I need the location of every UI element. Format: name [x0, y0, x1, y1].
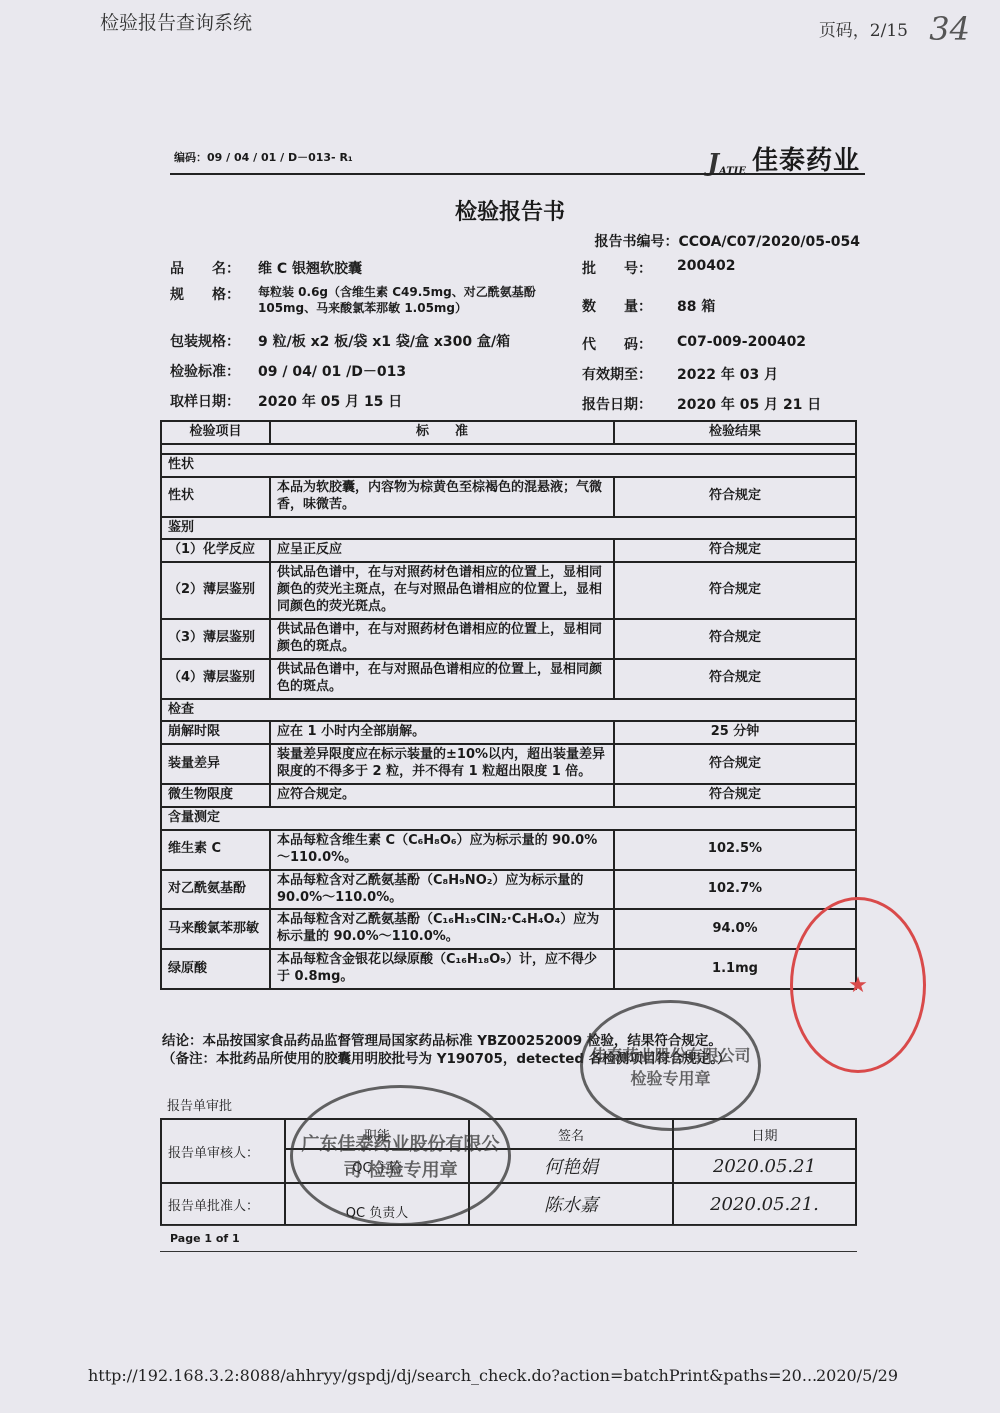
info-value: C07-009-200402: [677, 334, 806, 354]
footer-url: http://192.168.3.2:8088/ahhryy/gspdj/dj/…: [88, 1366, 817, 1385]
info-field: 报告日期：2020 年 05 月 21 日: [582, 394, 821, 414]
item-cell: 绿原酸: [161, 949, 270, 989]
info-label: 数 量：: [582, 296, 677, 316]
result-cell: 符合规定: [614, 784, 856, 807]
seal-text: 广东佳泰药业股份有限公司 检验专用章: [293, 1130, 508, 1182]
info-field: 有效期至：2022 年 03 月: [582, 364, 778, 384]
info-field: 批 号：200402: [582, 258, 735, 278]
company-logo: J ATIE 佳泰药业: [708, 140, 860, 177]
standard-cell: 供试品色谱中，在与对照药材色谱相应的位置上，显相同颜色的荧光主斑点，在与对照品色…: [270, 562, 614, 619]
approval-label-approver: 报告单批准人：: [161, 1183, 285, 1225]
result-cell: 符合规定: [614, 477, 856, 517]
info-field: 数 量：88 箱: [582, 296, 715, 316]
item-cell: 马来酸氯苯那敏: [161, 909, 270, 949]
company-name: 佳泰药业: [752, 140, 860, 177]
handwritten-number: 34: [929, 10, 970, 48]
document-title: 检验报告书: [160, 195, 860, 226]
item-cell: 微生物限度: [161, 784, 270, 807]
section-title: 含量测定: [161, 807, 856, 830]
table-row: （3）薄层鉴别供试品色谱中，在与对照药材色谱相应的位置上，显相同颜色的斑点。符合…: [161, 619, 856, 659]
result-cell: 符合规定: [614, 539, 856, 562]
section-row: 性状: [161, 454, 856, 477]
approver-date: 2020.05.21.: [673, 1183, 856, 1225]
page-counter: 页码，2/15: [819, 16, 908, 41]
info-value: 每粒装 0.6g（含维生素 C49.5mg、对乙酰氨基酚 105mg、马来酸氯苯…: [258, 284, 570, 316]
info-label: 规 格：: [170, 284, 258, 316]
info-label: 包装规格：: [170, 331, 258, 351]
info-value: 2020 年 05 月 21 日: [677, 394, 821, 414]
info-label: 取样日期：: [170, 391, 258, 411]
page-of-label: Page 1 of 1: [170, 1232, 240, 1245]
info-field: 代 码：C07-009-200402: [582, 334, 806, 354]
standard-cell: 本品每粒含维生素 C（C₆H₈O₆）应为标示量的 90.0%～110.0%。: [270, 830, 614, 870]
info-value: 200402: [677, 258, 735, 278]
info-value: 09 / 04/ 01 /D－013: [258, 361, 570, 381]
section-row: 检查: [161, 699, 856, 722]
standard-cell: 本品每粒含金银花以绿原酸（C₁₆H₁₈O₉）计，应不得少于 0.8mg。: [270, 949, 614, 989]
table-row: （4）薄层鉴别供试品色谱中，在与对照品色谱相应的位置上，显相同颜色的斑点。符合规…: [161, 659, 856, 699]
section-title: 检查: [161, 699, 856, 722]
standard-cell: 应符合规定。: [270, 784, 614, 807]
standard-cell: 供试品色谱中，在与对照品色谱相应的位置上，显相同颜色的斑点。: [270, 659, 614, 699]
table-row: 崩解时限应在 1 小时内全部崩解。25 分钟: [161, 721, 856, 744]
result-cell: 符合规定: [614, 619, 856, 659]
results-table: 检验项目 标 准 检验结果 性状性状本品为软胶囊，内容物为棕黄色至棕褐色的混悬液…: [160, 420, 857, 990]
section-row: 含量测定: [161, 807, 856, 830]
header-divider: [170, 173, 865, 175]
info-value: 9 粒/板 x2 板/袋 x1 袋/盒 x300 盒/箱: [258, 331, 570, 351]
spacer-row: [161, 444, 856, 454]
table-row: 绿原酸本品每粒含金银花以绿原酸（C₁₆H₁₈O₉）计，应不得少于 0.8mg。1…: [161, 949, 856, 989]
info-field: 品 名：维 C 银翘软胶囊: [170, 258, 570, 278]
report-number-label: 报告书编号：: [595, 234, 679, 250]
header-result: 检验结果: [614, 421, 856, 444]
standard-cell: 本品每粒含对乙酰氨基酚（C₁₆H₁₉ClN₂·C₄H₄O₄）应为标示量的 90.…: [270, 909, 614, 949]
document-code: 编码：09 / 04 / 01 / D－013- R₁: [174, 149, 353, 165]
company-inspection-seal-icon: 广东佳泰药业股份有限公司 检验专用章: [290, 1085, 511, 1226]
info-value: 88 箱: [677, 296, 715, 316]
item-cell: （2）薄层鉴别: [161, 562, 270, 619]
standard-cell: 应在 1 小时内全部崩解。: [270, 721, 614, 744]
table-header-row: 检验项目 标 准 检验结果: [161, 421, 856, 444]
table-row: （2）薄层鉴别供试品色谱中，在与对照药材色谱相应的位置上，显相同颜色的荧光主斑点…: [161, 562, 856, 619]
standard-cell: 本品为软胶囊，内容物为棕黄色至棕褐色的混悬液；气微香，味微苦。: [270, 477, 614, 517]
info-value: 2020 年 05 月 15 日: [258, 391, 570, 411]
header-standard: 标 准: [270, 421, 614, 444]
info-label: 品 名：: [170, 258, 258, 278]
info-label: 有效期至：: [582, 364, 677, 384]
browser-header-title: 检验报告查询系统: [100, 8, 252, 35]
report-number-value: CCOA/C07/2020/05-054: [679, 234, 861, 250]
result-cell: 102.7%: [614, 870, 856, 910]
item-cell: 性状: [161, 477, 270, 517]
table-row: 性状本品为软胶囊，内容物为棕黄色至棕褐色的混悬液；气微香，味微苦。符合规定: [161, 477, 856, 517]
result-cell: 符合规定: [614, 659, 856, 699]
footer-divider-bottom: [160, 1251, 857, 1252]
section-title: 性状: [161, 454, 856, 477]
item-cell: （3）薄层鉴别: [161, 619, 270, 659]
info-field: 检验标准：09 / 04/ 01 /D－013: [170, 361, 570, 381]
item-cell: 维生素 C: [161, 830, 270, 870]
approver-signature: 陈水嘉: [469, 1183, 673, 1225]
seal-text: 佳泰药业股份有限公司 检验专用章: [583, 1043, 758, 1089]
table-row: （1）化学反应应呈正反应符合规定: [161, 539, 856, 562]
standard-cell: 应呈正反应: [270, 539, 614, 562]
header-item: 检验项目: [161, 421, 270, 444]
table-row: 马来酸氯苯那敏本品每粒含对乙酰氨基酚（C₁₆H₁₉ClN₂·C₄H₄O₄）应为标…: [161, 909, 856, 949]
seal-star-icon: ★: [848, 973, 868, 998]
result-cell: 符合规定: [614, 744, 856, 784]
result-cell: 102.5%: [614, 830, 856, 870]
info-field: 规 格：每粒装 0.6g（含维生素 C49.5mg、对乙酰氨基酚 105mg、马…: [170, 284, 570, 316]
info-label: 报告日期：: [582, 394, 677, 414]
footer-divider: [160, 1225, 857, 1226]
item-cell: （1）化学反应: [161, 539, 270, 562]
result-cell: 符合规定: [614, 562, 856, 619]
standard-cell: 供试品色谱中，在与对照药材色谱相应的位置上，显相同颜色的斑点。: [270, 619, 614, 659]
item-cell: 装量差异: [161, 744, 270, 784]
table-row: 装量差异装量差异限度应在标示装量的±10%以内，超出装量差异限度的不得多于 2 …: [161, 744, 856, 784]
info-label: 批 号：: [582, 258, 677, 278]
result-cell: 25 分钟: [614, 721, 856, 744]
standard-cell: 本品每粒含对乙酰氨基酚（C₈H₉NO₂）应为标示量的 90.0%～110.0%。: [270, 870, 614, 910]
standard-cell: 装量差异限度应在标示装量的±10%以内，超出装量差异限度的不得多于 2 粒，并不…: [270, 744, 614, 784]
report-number: 报告书编号：CCOA/C07/2020/05-054: [595, 231, 861, 251]
section-row: 鉴别: [161, 517, 856, 540]
item-cell: 对乙酰氨基酚: [161, 870, 270, 910]
inspection-seal-icon: 佳泰药业股份有限公司 检验专用章: [580, 1000, 761, 1131]
section-title: 鉴别: [161, 517, 856, 540]
info-label: 代 码：: [582, 334, 677, 354]
item-cell: （4）薄层鉴别: [161, 659, 270, 699]
table-row: 对乙酰氨基酚本品每粒含对乙酰氨基酚（C₈H₉NO₂）应为标示量的 90.0%～1…: [161, 870, 856, 910]
info-field: 取样日期：2020 年 05 月 15 日: [170, 391, 570, 411]
print-date: 2020/5/29: [816, 1366, 898, 1385]
info-value: 2022 年 03 月: [677, 364, 778, 384]
info-field: 包装规格：9 粒/板 x2 板/袋 x1 袋/盒 x300 盒/箱: [170, 331, 570, 351]
info-label: 检验标准：: [170, 361, 258, 381]
table-row: 微生物限度应符合规定。符合规定: [161, 784, 856, 807]
info-value: 维 C 银翘软胶囊: [258, 258, 570, 278]
red-official-seal-icon: ★: [790, 897, 926, 1073]
reviewer-date: 2020.05.21: [673, 1149, 856, 1183]
table-row: 维生素 C本品每粒含维生素 C（C₆H₈O₆）应为标示量的 90.0%～110.…: [161, 830, 856, 870]
logo-latin-text: ATIE: [719, 166, 746, 177]
approval-label-reviewer: 报告单审核人：: [161, 1119, 285, 1183]
item-cell: 崩解时限: [161, 721, 270, 744]
